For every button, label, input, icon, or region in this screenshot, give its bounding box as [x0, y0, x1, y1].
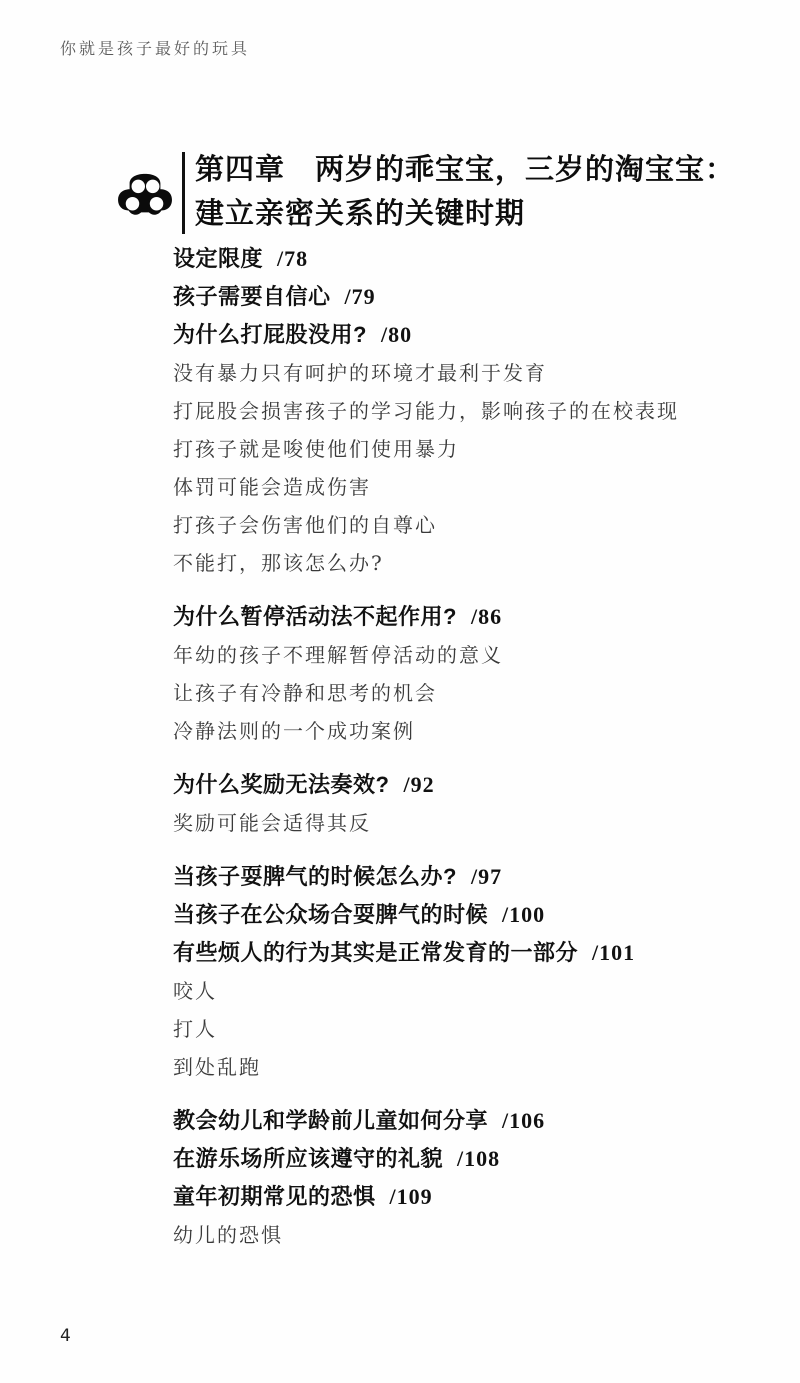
toc-entry: 当孩子在公众场合耍脾气的时候/100 [173, 896, 773, 934]
toc-entry-title: 设定限度 [173, 246, 263, 271]
toc-section: 当孩子耍脾气的时候怎么办?/97当孩子在公众场合耍脾气的时候/100有些烦人的行… [173, 858, 773, 1086]
toc-entry: 孩子需要自信心/79 [173, 278, 773, 316]
toc-entry-title: 幼儿的恐惧 [173, 1223, 283, 1247]
toc-sub-entry: 不能打，那该怎么办? [173, 544, 773, 582]
toc-entry-page-number: /109 [390, 1184, 433, 1209]
toc-sub-entry: 体罚可能会造成伤害 [173, 468, 773, 506]
toc-entry-page-number: /79 [345, 284, 376, 309]
toc-entry: 在游乐场所应该遵守的礼貌/108 [173, 1140, 773, 1178]
toc-entry: 为什么奖励无法奏效?/92 [173, 766, 773, 804]
toc-section: 设定限度/78孩子需要自信心/79为什么打屁股没用?/80没有暴力只有呵护的环境… [173, 240, 773, 582]
toc-entry: 教会幼儿和学龄前儿童如何分享/106 [173, 1102, 773, 1140]
toc-entry-title: 冷静法则的一个成功案例 [173, 719, 415, 743]
toc-entry-title: 不能打，那该怎么办? [173, 551, 384, 575]
toc-entry: 当孩子耍脾气的时候怎么办?/97 [173, 858, 773, 896]
toc-sub-entry: 奖励可能会适得其反 [173, 804, 773, 842]
toc-entry-page-number: /80 [381, 322, 412, 347]
running-header: 你就是孩子最好的玩具 [60, 36, 250, 59]
toc-entry-title: 咬人 [173, 979, 217, 1003]
toc-section: 为什么暂停活动法不起作用?/86年幼的孩子不理解暂停活动的意义让孩子有冷静和思考… [173, 598, 773, 750]
toc-entry-title: 孩子需要自信心 [173, 284, 331, 309]
table-of-contents: 设定限度/78孩子需要自信心/79为什么打屁股没用?/80没有暴力只有呵护的环境… [173, 240, 773, 1254]
toc-entry-title: 打屁股会损害孩子的学习能力，影响孩子的在校表现 [173, 399, 679, 423]
toc-entry-title: 奖励可能会适得其反 [173, 811, 371, 835]
chapter-header: 第四章 两岁的乖宝宝，三岁的淘宝宝： 建立亲密关系的关键时期 [116, 148, 776, 236]
toc-entry-title: 为什么打屁股没用? [173, 322, 367, 347]
toc-section: 为什么奖励无法奏效?/92奖励可能会适得其反 [173, 766, 773, 842]
toc-sub-entry: 幼儿的恐惧 [173, 1216, 773, 1254]
toc-entry-page-number: /101 [592, 940, 635, 965]
toc-sub-entry: 年幼的孩子不理解暂停活动的意义 [173, 636, 773, 674]
toc-sub-entry: 咬人 [173, 972, 773, 1010]
toc-entry-page-number: /86 [471, 604, 502, 629]
toc-sub-entry: 到处乱跑 [173, 1048, 773, 1086]
toc-entry-title: 当孩子耍脾气的时候怎么办? [173, 864, 457, 889]
book-page: 你就是孩子最好的玩具 第四章 两岁的乖宝宝，三岁的淘宝宝： 建立亲密关系的关键时… [0, 0, 800, 1383]
toc-entry-title: 到处乱跑 [173, 1055, 261, 1079]
toc-entry-title: 年幼的孩子不理解暂停活动的意义 [173, 643, 503, 667]
toc-entry-page-number: /78 [277, 246, 308, 271]
toc-sub-entry: 让孩子有冷静和思考的机会 [173, 674, 773, 712]
toc-sub-entry: 打孩子会伤害他们的自尊心 [173, 506, 773, 544]
toc-entry-title: 让孩子有冷静和思考的机会 [173, 681, 437, 705]
chapter-title-divider [182, 152, 185, 234]
toc-entry-page-number: /108 [457, 1146, 500, 1171]
toc-entry-title: 童年初期常见的恐惧 [173, 1184, 376, 1209]
toc-entry: 有些烦人的行为其实是正常发育的一部分/101 [173, 934, 773, 972]
toc-entry-title: 为什么暂停活动法不起作用? [173, 604, 457, 629]
toc-entry-page-number: /97 [471, 864, 502, 889]
toc-entry-title: 当孩子在公众场合耍脾气的时候 [173, 902, 488, 927]
toc-entry-title: 有些烦人的行为其实是正常发育的一部分 [173, 940, 578, 965]
toc-entry-title: 没有暴力只有呵护的环境才最利于发育 [173, 361, 547, 385]
car-icon [116, 170, 174, 222]
toc-sub-entry: 打屁股会损害孩子的学习能力，影响孩子的在校表现 [173, 392, 773, 430]
toc-sub-entry: 没有暴力只有呵护的环境才最利于发育 [173, 354, 773, 392]
toc-sub-entry: 打孩子就是唆使他们使用暴力 [173, 430, 773, 468]
toc-entry: 为什么打屁股没用?/80 [173, 316, 773, 354]
toc-entry-page-number: /100 [502, 902, 545, 927]
toc-entry-title: 在游乐场所应该遵守的礼貌 [173, 1146, 443, 1171]
toc-entry-page-number: /92 [403, 772, 434, 797]
page-number: 4 [60, 1326, 71, 1346]
toc-entry-title: 教会幼儿和学龄前儿童如何分享 [173, 1108, 488, 1133]
toc-entry: 童年初期常见的恐惧/109 [173, 1178, 773, 1216]
toc-entry: 设定限度/78 [173, 240, 773, 278]
chapter-title: 第四章 两岁的乖宝宝，三岁的淘宝宝： 建立亲密关系的关键时期 [195, 148, 735, 236]
toc-entry-title: 打孩子会伤害他们的自尊心 [173, 513, 437, 537]
chapter-title-line2: 建立亲密关系的关键时期 [195, 192, 735, 236]
toc-sub-entry: 打人 [173, 1010, 773, 1048]
chapter-title-line1: 第四章 两岁的乖宝宝，三岁的淘宝宝： [195, 148, 735, 192]
toc-entry-title: 打孩子就是唆使他们使用暴力 [173, 437, 459, 461]
toc-sub-entry: 冷静法则的一个成功案例 [173, 712, 773, 750]
toc-section: 教会幼儿和学龄前儿童如何分享/106在游乐场所应该遵守的礼貌/108童年初期常见… [173, 1102, 773, 1254]
toc-entry-page-number: /106 [502, 1108, 545, 1133]
toc-entry-title: 为什么奖励无法奏效? [173, 772, 389, 797]
toc-entry-title: 打人 [173, 1017, 217, 1041]
toc-entry: 为什么暂停活动法不起作用?/86 [173, 598, 773, 636]
toc-entry-title: 体罚可能会造成伤害 [173, 475, 371, 499]
